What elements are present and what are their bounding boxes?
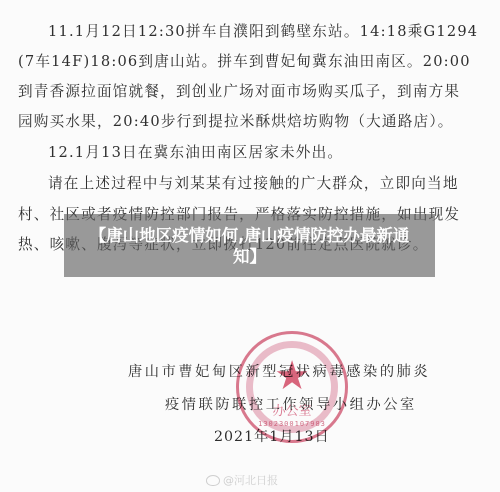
body-line-4: 园购买水果，20:40步行到提拉米酥烘焙坊购物（大通路店）。: [18, 113, 454, 131]
body-line-5: 12.1月13日在冀东油田南区居家未外出。: [48, 144, 343, 162]
star-icon: ★: [274, 356, 310, 396]
seal-code: 1302300107983: [258, 420, 326, 428]
article-title[interactable]: 【唐山地区疫情如何,唐山疫情防控办最新通知】: [80, 225, 420, 267]
body-line-3: 到青香源拉面馆就餐，到创业广场对面市场购买瓜子，到南方果: [18, 83, 460, 101]
watermark-text: @河北日报: [223, 472, 278, 488]
seal-center-text: 办公室: [272, 400, 311, 419]
body-line-2: (7车14F)18:06到唐山站。拼车到曹妃甸冀东油田南区。20:00: [18, 53, 471, 71]
body-line-1: 11.1月12日12:30拼车自濮阳到鹤壁东站。14:18乘G1294: [48, 23, 478, 41]
weibo-icon: [206, 475, 220, 486]
title-overlay[interactable]: 【唐山地区疫情如何,唐山疫情防控办最新通知】: [64, 214, 435, 277]
official-seal: ★ 办公室 1302300107983: [236, 331, 348, 443]
source-watermark: @河北日报: [206, 472, 278, 488]
body-line-6: 请在上述过程中与刘某某有过接触的广大群众，立即向当地: [48, 175, 459, 193]
